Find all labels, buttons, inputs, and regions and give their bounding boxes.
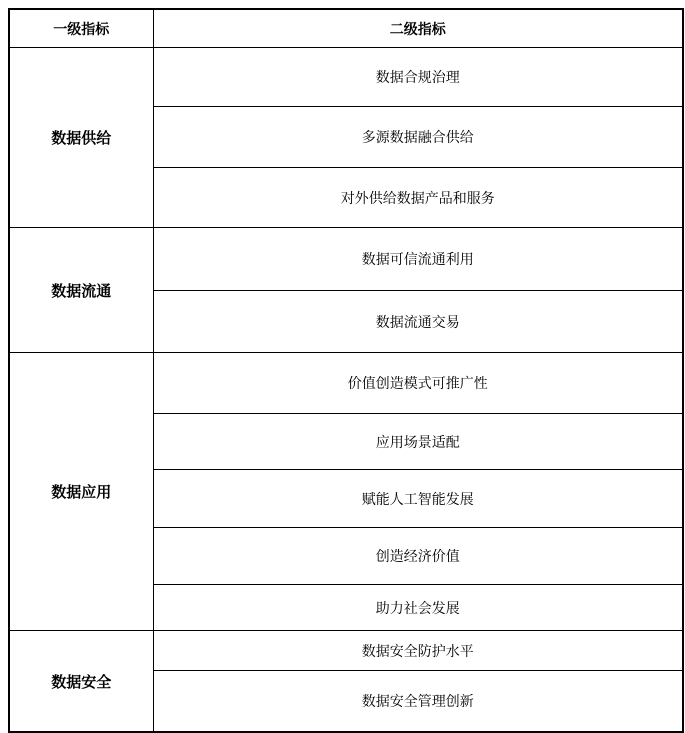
level2-cell: 数据安全管理创新: [153, 671, 683, 733]
table-header-row: 一级指标 二级指标: [9, 9, 683, 48]
table-row: 数据流通 数据可信流通利用: [9, 228, 683, 291]
table-row: 数据应用 价值创造模式可推广性: [9, 353, 683, 414]
header-cell-level1: 一级指标: [9, 9, 153, 48]
level2-cell: 对外供给数据产品和服务: [153, 168, 683, 228]
document-page: 一级指标 二级指标 数据供给 数据合规治理 多源数据融合供给 对外供给数据产品和…: [0, 0, 685, 725]
indicator-table: 一级指标 二级指标 数据供给 数据合规治理 多源数据融合供给 对外供给数据产品和…: [8, 8, 684, 733]
level2-cell: 赋能人工智能发展: [153, 470, 683, 528]
table-row: 数据供给 数据合规治理: [9, 48, 683, 107]
level1-cell-data-application: 数据应用: [9, 353, 153, 631]
level2-cell: 数据安全防护水平: [153, 631, 683, 671]
level2-cell: 数据合规治理: [153, 48, 683, 107]
level2-cell: 价值创造模式可推广性: [153, 353, 683, 414]
level2-cell: 创造经济价值: [153, 528, 683, 585]
level2-cell: 助力社会发展: [153, 585, 683, 631]
level1-cell-data-security: 数据安全: [9, 631, 153, 733]
table-row: 数据安全 数据安全防护水平: [9, 631, 683, 671]
level1-cell-data-supply: 数据供给: [9, 48, 153, 228]
level2-cell: 多源数据融合供给: [153, 107, 683, 168]
level2-cell: 应用场景适配: [153, 414, 683, 470]
level1-cell-data-circulation: 数据流通: [9, 228, 153, 353]
level2-cell: 数据流通交易: [153, 291, 683, 353]
header-cell-level2: 二级指标: [153, 9, 683, 48]
level2-cell: 数据可信流通利用: [153, 228, 683, 291]
